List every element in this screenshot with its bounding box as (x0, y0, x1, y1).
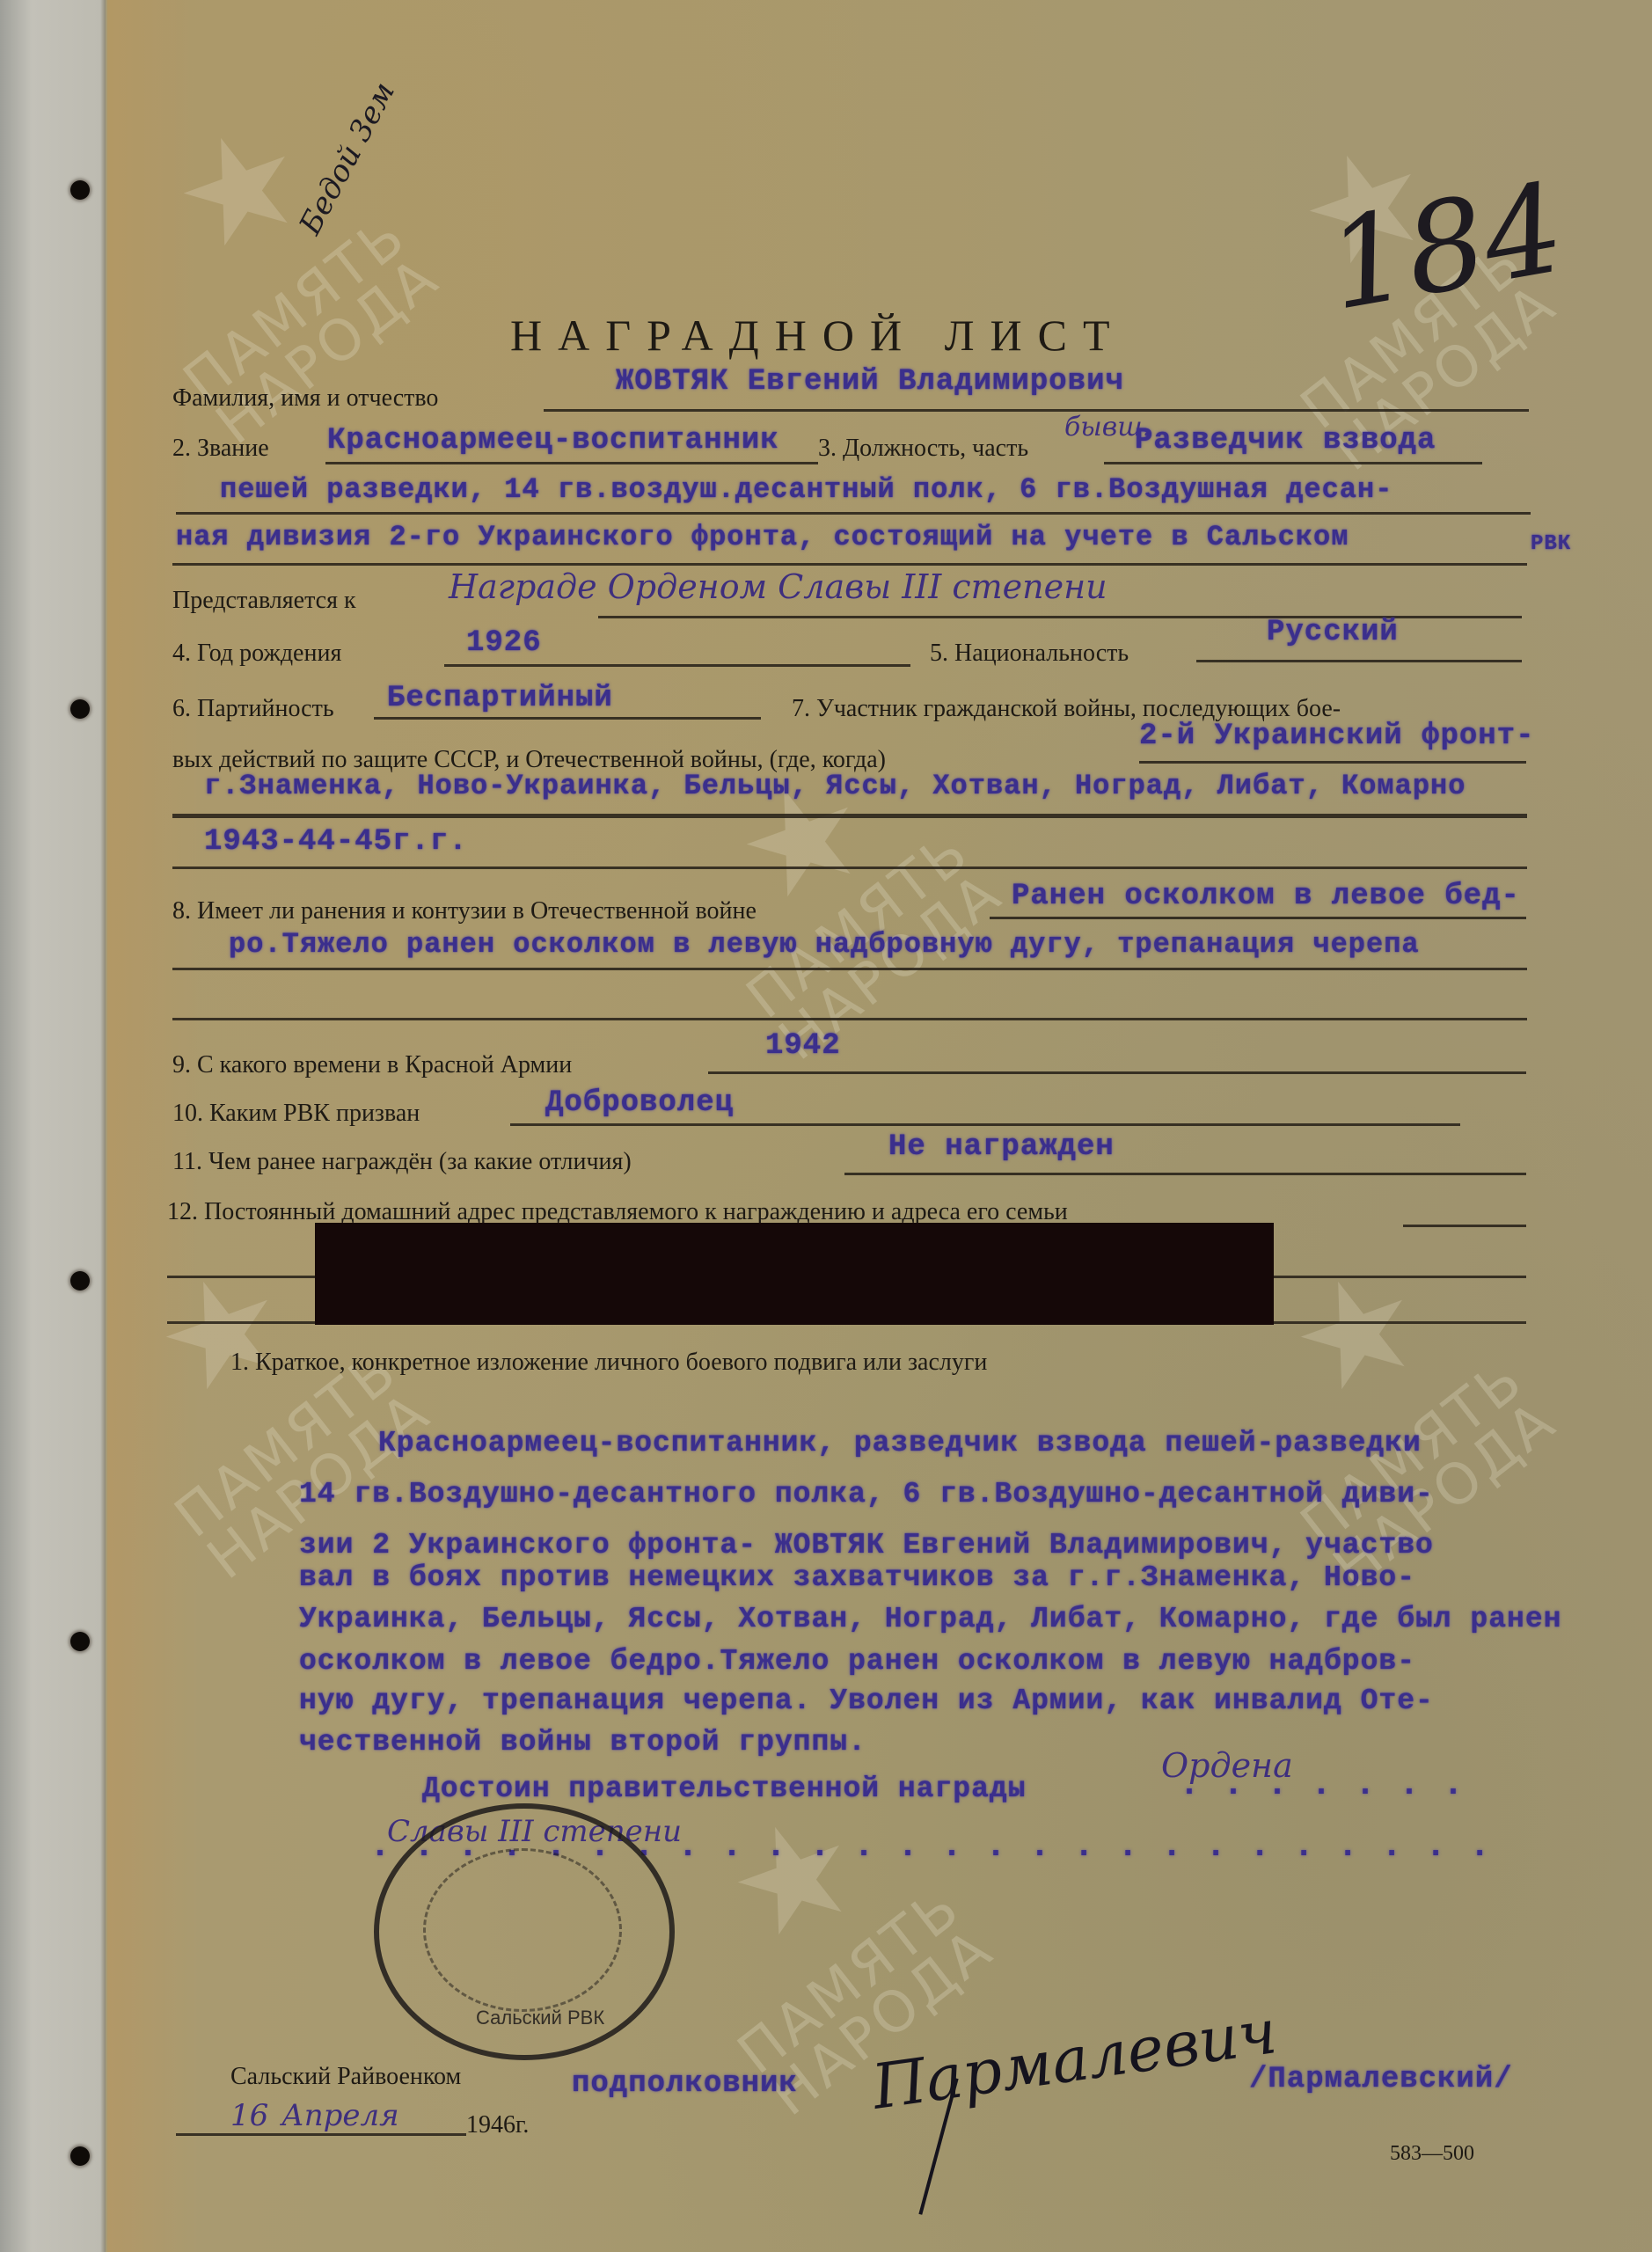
full-name-label: Фамилия, имя и отчество (172, 384, 438, 413)
underline (844, 1173, 1526, 1175)
army-since-label: 9. С какого времени в Красной Армии (172, 1051, 572, 1079)
dotted-leader: ······· (1179, 1773, 1487, 1812)
signature-title: подполковник (572, 2067, 798, 2101)
underline (1196, 660, 1522, 662)
punch-hole (70, 1271, 90, 1291)
date-month: Апреля (281, 2098, 399, 2133)
underline (990, 917, 1526, 919)
nominated-value: Награде Орденом Славы III степени (449, 567, 1107, 606)
punch-hole (70, 1632, 90, 1651)
underline (172, 814, 1527, 818)
feat-line: Украинка, Бельцы, Яссы, Хотван, Ноград, … (299, 1603, 1561, 1635)
stamp-text: Сальский РВК (476, 2007, 604, 2029)
position-label: 3. Должность, часть (818, 435, 1028, 463)
stamp-emblem (423, 1848, 622, 2012)
party-label: 6. Партийность (172, 695, 334, 723)
war-participation-value-line2: г.Знаменка, Ново-Украинка, Бельцы, Яссы,… (204, 770, 1466, 802)
worthy-line: Достоин правительственной награды (422, 1773, 1027, 1805)
underline (172, 1018, 1527, 1020)
position-value-suffix: РВК (1531, 532, 1571, 556)
nationality-value: Русский (1267, 616, 1399, 649)
punch-hole (70, 699, 90, 719)
full-name-value: ЖОВТЯК Евгений Владимирович (616, 365, 1124, 398)
war-participation-value-line3: 1943-44-45г.г. (204, 825, 468, 859)
underline (544, 409, 1529, 412)
underline (172, 866, 1527, 869)
underline (374, 717, 761, 720)
feat-line: Красноармеец-воспитанник, разведчик взво… (378, 1427, 1422, 1459)
punch-hole (70, 180, 90, 200)
wounds-label: 8. Имеет ли ранения и контузии в Отечест… (172, 897, 757, 925)
redacted-address (315, 1223, 1274, 1325)
underline (176, 2133, 466, 2136)
birth-year-label: 4. Год рождения (172, 640, 341, 668)
binder-strip (0, 0, 106, 2252)
rank-value: Красноармеец-воспитанник (327, 424, 779, 457)
office-label: Сальский Райвоенком (230, 2063, 461, 2091)
underline (1104, 462, 1482, 464)
underline (708, 1071, 1526, 1074)
underline (325, 462, 818, 464)
underline (510, 1123, 1460, 1126)
previous-awards-value: Не награжден (888, 1130, 1115, 1164)
underline (444, 664, 910, 667)
feat-line: ную дугу, трепанация черепа. Уволен из А… (299, 1685, 1434, 1717)
nominated-label: Представляется к (172, 587, 356, 615)
feat-line: осколком в левое бедро.Тяжело ранен оско… (299, 1645, 1415, 1678)
document-title: НАГРАДНОЙ ЛИСТ (510, 310, 1126, 361)
feat-line: зии 2 Украинского фронта- ЖОВТЯК Евгений… (299, 1529, 1434, 1561)
position-value-line1: Разведчик взвода (1135, 424, 1436, 457)
position-value-line3: ная дивизия 2-го Украинского фронта, сос… (176, 521, 1349, 553)
feat-line: вал в боях против немецких захватчиков з… (299, 1561, 1415, 1594)
underline (172, 968, 1527, 970)
birth-year-value: 1926 (466, 626, 542, 660)
signature-name: /Пармалевский/ (1249, 2063, 1513, 2096)
underline (1139, 761, 1526, 764)
party-value: Беспартийный (387, 682, 613, 715)
feat-line: чественной войны второй группы. (299, 1726, 866, 1758)
underline (172, 563, 1527, 566)
position-value-line2: пешей разведки, 14 гв.воздуш.десантный п… (220, 473, 1393, 506)
date-year: 1946г. (466, 2111, 529, 2139)
wounds-value-line1: Ранен осколком в левое бед- (1012, 880, 1520, 913)
nationality-label: 5. Национальность (930, 640, 1129, 668)
underline (1403, 1225, 1526, 1227)
feat-heading: 1. Краткое, конкретное изложение личного… (230, 1349, 987, 1377)
wounds-value-line2: ро.Тяжело ранен осколком в левую надбров… (229, 928, 1420, 961)
form-code: 583—500 (1390, 2142, 1474, 2166)
punch-hole (70, 2146, 90, 2166)
army-since-value: 1942 (765, 1029, 841, 1063)
feat-line: 14 гв.Воздушно-десантного полка, 6 гв.Во… (299, 1478, 1434, 1510)
previous-awards-label: 11. Чем ранее награждён (за какие отличи… (172, 1148, 632, 1176)
war-participation-value-line1: 2-й Украинский фронт- (1139, 720, 1534, 753)
drafted-by-value: Доброволец (545, 1086, 734, 1120)
underline (176, 512, 1531, 515)
date-day: 16 (230, 2098, 268, 2133)
drafted-by-label: 10. Каким РВК призван (172, 1100, 420, 1128)
official-stamp: Сальский РВК (374, 1803, 675, 2060)
rank-label: 2. Звание (172, 435, 269, 463)
